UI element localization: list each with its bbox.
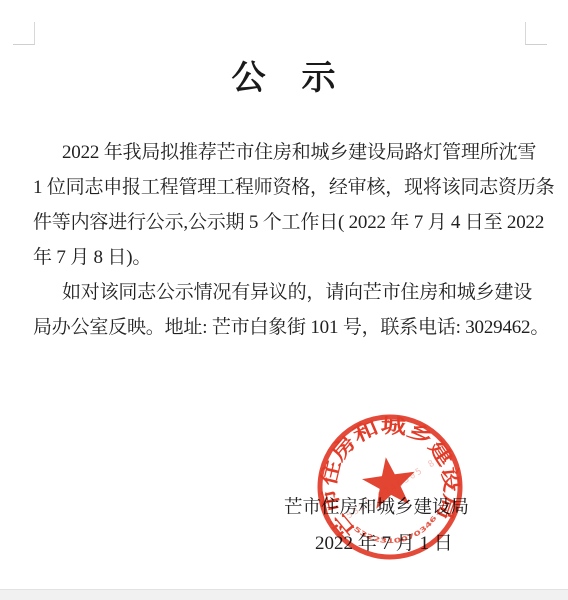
body-line-5: 如对该同志公示情况有异议的，请向芒市住房和城乡建设 — [33, 275, 533, 310]
crop-mark-top-right — [525, 22, 547, 45]
body-line-1: 2022 年我局拟推荐芒市住房和城乡建设局路灯管理所沈雪 — [33, 135, 533, 170]
page-bottom-edge — [0, 589, 568, 600]
body-line-4: 年 7 月 8 日)。 — [33, 240, 533, 275]
body-text: 2022 年我局拟推荐芒市住房和城乡建设局路灯管理所沈雪 1 位同志申报工程管理… — [33, 135, 533, 345]
crop-mark-top-left — [13, 22, 35, 45]
body-line-2: 1 位同志申报工程管理工程师资格，经审核，现将该同志资历条 — [33, 170, 533, 205]
official-seal: 5322-0746305 8 芒市住房和城乡建设局 5322310070346 — [300, 397, 480, 577]
page-title: 公 示 — [0, 50, 568, 99]
document-page: 公 示 2022 年我局拟推荐芒市住房和城乡建设局路灯管理所沈雪 1 位同志申报… — [0, 0, 568, 600]
body-line-6: 局办公室反映。地址: 芒市白象街 101 号，联系电话: 3029462。 — [33, 310, 533, 345]
body-line-3: 件等内容进行公示,公示期 5 个工作日( 2022 年 7 月 4 日至 202… — [33, 205, 533, 240]
